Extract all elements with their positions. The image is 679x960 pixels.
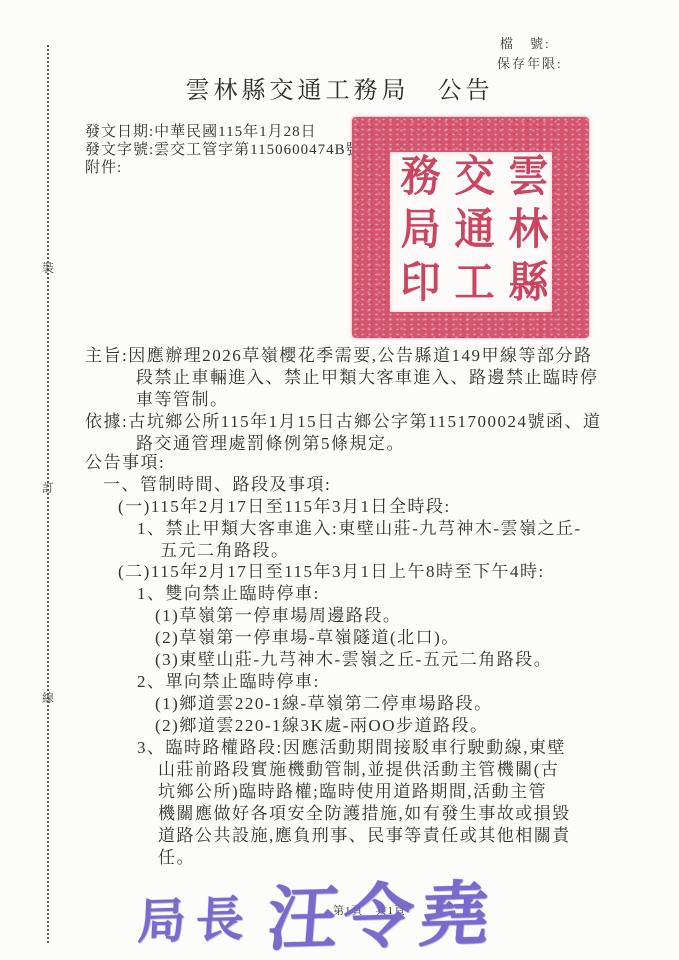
announcement-document: 裝 訂 線 檔 號: 保存年限: 雲林縣交通工務局 公告 發文日期:中華民國11… <box>0 0 679 960</box>
body-line-basis-2: 路交通管理處罰條例第5條規定。 <box>136 429 405 454</box>
page-title: 雲林縣交通工務局 公告 <box>0 70 679 105</box>
issue-ref-number-line: 發文字號:雲交工管字第1150600474B號 <box>85 138 362 159</box>
file-number-label: 檔 號: <box>500 33 551 52</box>
binding-mark-xian: 線 <box>41 689 55 706</box>
binding-mark-zhuang: 裝 <box>41 259 55 276</box>
seal-column-middle: 交通工 <box>451 153 491 312</box>
official-seal-inner: 雲林縣 交通工 務局印 <box>390 152 552 312</box>
director-signature-stamp: 局長 汪令堯 <box>137 857 529 960</box>
official-seal: 雲林縣 交通工 務局印 <box>352 117 589 338</box>
seal-column-left: 務局印 <box>397 153 437 312</box>
binding-mark-ding: 訂 <box>41 479 55 496</box>
director-title: 局長 <box>137 880 256 952</box>
director-name: 汪令堯 <box>264 857 500 960</box>
attachment-line: 附件: <box>85 156 122 177</box>
seal-column-right: 雲林縣 <box>505 153 545 312</box>
body-line-item1-2-3e: 道路公共設施,應負刑事、民事等責任或其他相關責 <box>158 821 571 846</box>
body-line-item1-2-3f: 任。 <box>158 843 195 868</box>
